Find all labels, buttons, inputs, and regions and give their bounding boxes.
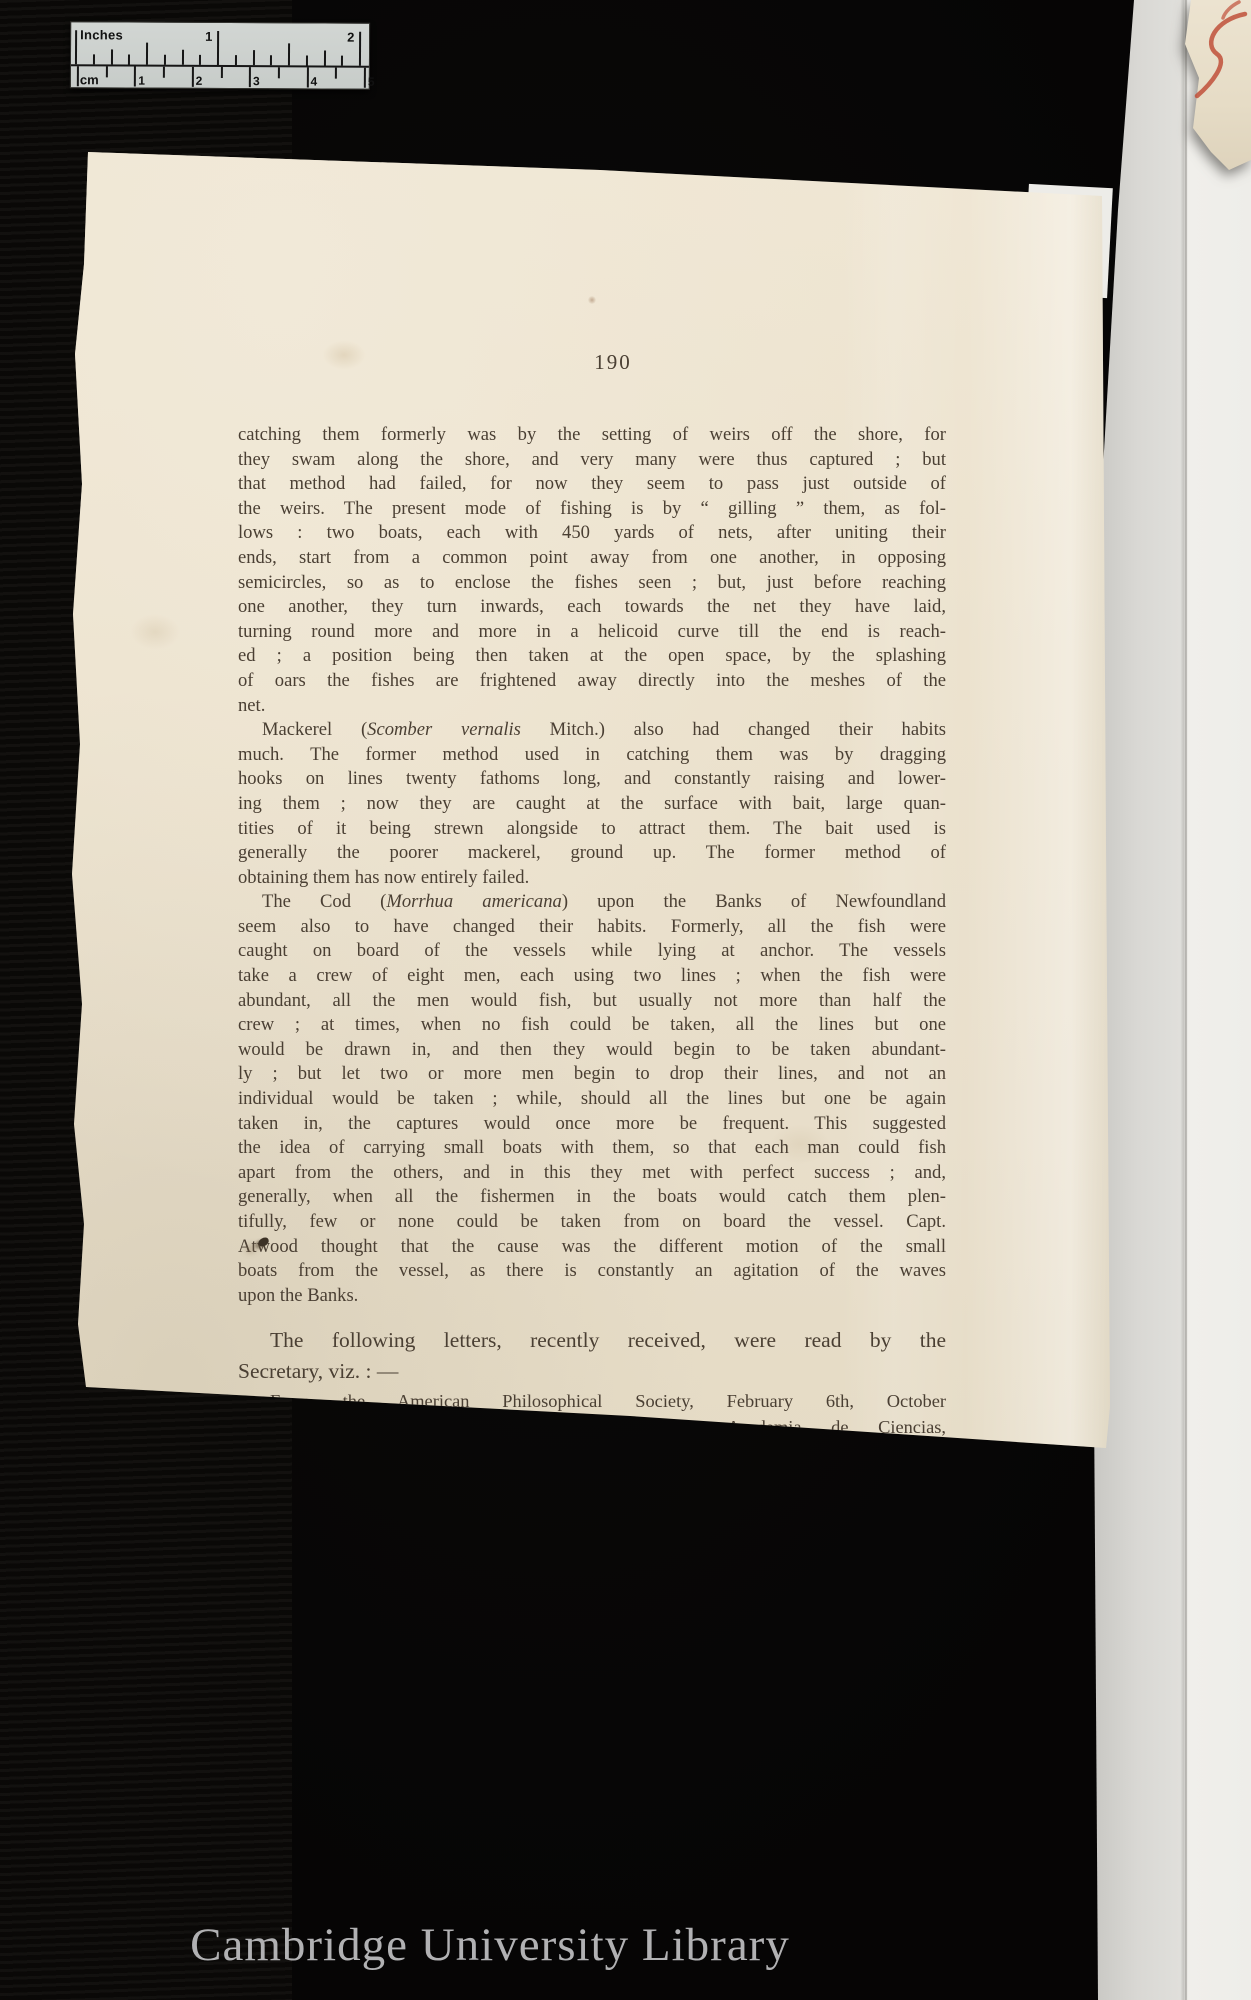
text-line: Mackerel (Scomber vernalis Mitch.) also …	[238, 718, 946, 743]
text-line: apart from the others, and in this they …	[238, 1161, 946, 1186]
ruler-tick	[192, 67, 194, 87]
ruler-inches-label: Inches	[80, 27, 123, 42]
text-line: the idea of carrying small boats with th…	[238, 1136, 946, 1161]
ruler-tick	[164, 55, 166, 65]
ruler-inch-number: 2	[347, 30, 354, 45]
ruler-tick	[134, 67, 136, 87]
text-column: catching them formerly was by the settin…	[238, 423, 946, 1516]
text-line: the weirs. The present mode of fishing i…	[238, 497, 946, 522]
ruler-cm-number: 5	[368, 75, 375, 89]
ruler-tick	[93, 54, 95, 64]
ruler-tick	[359, 32, 361, 66]
ruler-tick	[306, 55, 308, 65]
ruler-cm-number: 1	[138, 74, 145, 88]
text-line: Atwood thought that the cause was the di…	[238, 1235, 946, 1260]
ruler-tick	[278, 67, 280, 78]
text-line: that method had failed, for now they see…	[238, 472, 946, 497]
text-line: caught on board of the vessels while lyi…	[238, 939, 946, 964]
text-line: catching them formerly was by the settin…	[238, 423, 946, 448]
text-line: take a crew of eight men, each using two…	[238, 964, 946, 989]
ruler-tick	[341, 56, 343, 66]
ruler-tick	[110, 49, 112, 64]
ruler-tick	[199, 55, 201, 65]
text-line: abundant, all the men would fish, but us…	[238, 989, 946, 1014]
library-watermark: Cambridge University Library	[180, 1918, 800, 1972]
text-line: ed ; a position being then taken at the …	[238, 644, 946, 669]
ruler-tick	[335, 68, 337, 79]
facing-page-stack	[1094, 0, 1251, 2000]
ruler-tick	[306, 67, 308, 87]
ruler-tick	[163, 67, 165, 78]
ruler-tick	[75, 30, 77, 64]
text-line: ing them ; now they are caught at the su…	[238, 792, 946, 817]
ruler-tick	[181, 50, 183, 65]
text-line: generally, when all the fishermen in the…	[238, 1185, 946, 1210]
text-line: semicircles, so as to enclose the fishes…	[238, 571, 946, 596]
red-crayon-mark	[1181, 0, 1251, 170]
text-line: ends, start from a common point away fro…	[238, 546, 946, 571]
text-line: lows : two boats, each with 450 yards of…	[238, 521, 946, 546]
text-line: upon the Banks.	[238, 1284, 946, 1309]
text-line: one another, they turn inwards, each tow…	[238, 595, 946, 620]
text-line: tities of it being strewn alongside to a…	[238, 817, 946, 842]
paragraph: Mackerel (Scomber vernalis Mitch.) also …	[238, 718, 946, 890]
ruler-tick	[270, 55, 272, 65]
ruler-tick	[146, 43, 148, 65]
text-line: crew ; at times, when no fish could be t…	[238, 1013, 946, 1038]
ruler-tick	[323, 51, 325, 66]
text-line: individual would be taken ; while, shoul…	[238, 1087, 946, 1112]
ruler-tick	[288, 43, 290, 65]
paper-stain	[588, 296, 596, 304]
paper-stain	[130, 614, 180, 650]
text-line: ly ; but let two or more men begin to dr…	[238, 1062, 946, 1087]
ruler-tick	[235, 55, 237, 65]
text-line: would be drawn in, and then they would b…	[238, 1038, 946, 1063]
text-line: they swam along the shore, and very many…	[238, 448, 946, 473]
text-line: much. The former method used in catching…	[238, 743, 946, 768]
ruler-ticks: 1212345	[71, 22, 369, 24]
text-line: The following letters, recently received…	[238, 1325, 946, 1356]
text-line: of oars the fishes are frightened away d…	[238, 669, 946, 694]
text-line: generally the poorer mackerel, ground up…	[238, 841, 946, 866]
book-page: 190 catching them formerly was by the se…	[70, 144, 1112, 1456]
ruler-tick	[77, 66, 79, 86]
paragraph: The following letters, recently received…	[238, 1325, 946, 1386]
paragraph: The Cod (Morrhua americana) upon the Ban…	[238, 890, 946, 1308]
page-edge-seam	[1185, 0, 1187, 2000]
ruler-cm-number: 4	[310, 74, 317, 88]
measuring-ruler: Inches cm 1212345	[70, 21, 370, 90]
text-line: Secretary, viz. : —	[238, 1356, 946, 1387]
ruler-cm-label: cm	[80, 72, 99, 87]
text-line: net.	[238, 694, 946, 719]
ruler-tick	[249, 67, 251, 87]
ruler-inch-number: 1	[205, 29, 212, 44]
ruler-cm-number: 2	[196, 74, 203, 88]
text-line: hooks on lines twenty fathoms long, and …	[238, 767, 946, 792]
text-line: taken in, the captures would once more b…	[238, 1112, 946, 1137]
torn-paper-fragment	[1181, 0, 1251, 170]
ruler-tick	[217, 31, 219, 65]
text-line: tifully, few or none could be taken from…	[238, 1210, 946, 1235]
ruler-tick	[128, 55, 130, 65]
page-number: 190	[238, 350, 946, 375]
ruler-cm-number: 3	[253, 74, 260, 88]
text-line: boats from the vessel, as there is const…	[238, 1259, 946, 1284]
ruler-tick	[364, 68, 366, 88]
text-line: turning round more and more in a helicoi…	[238, 620, 946, 645]
text-line: seem also to have changed their habits. …	[238, 915, 946, 940]
ruler-tick	[106, 66, 108, 77]
text-line: obtaining them has now entirely failed.	[238, 866, 946, 891]
text-line: The Cod (Morrhua americana) upon the Ban…	[238, 890, 946, 915]
ruler-tick	[252, 50, 254, 65]
paragraph: catching them formerly was by the settin…	[238, 423, 946, 718]
ruler-tick	[220, 67, 222, 78]
